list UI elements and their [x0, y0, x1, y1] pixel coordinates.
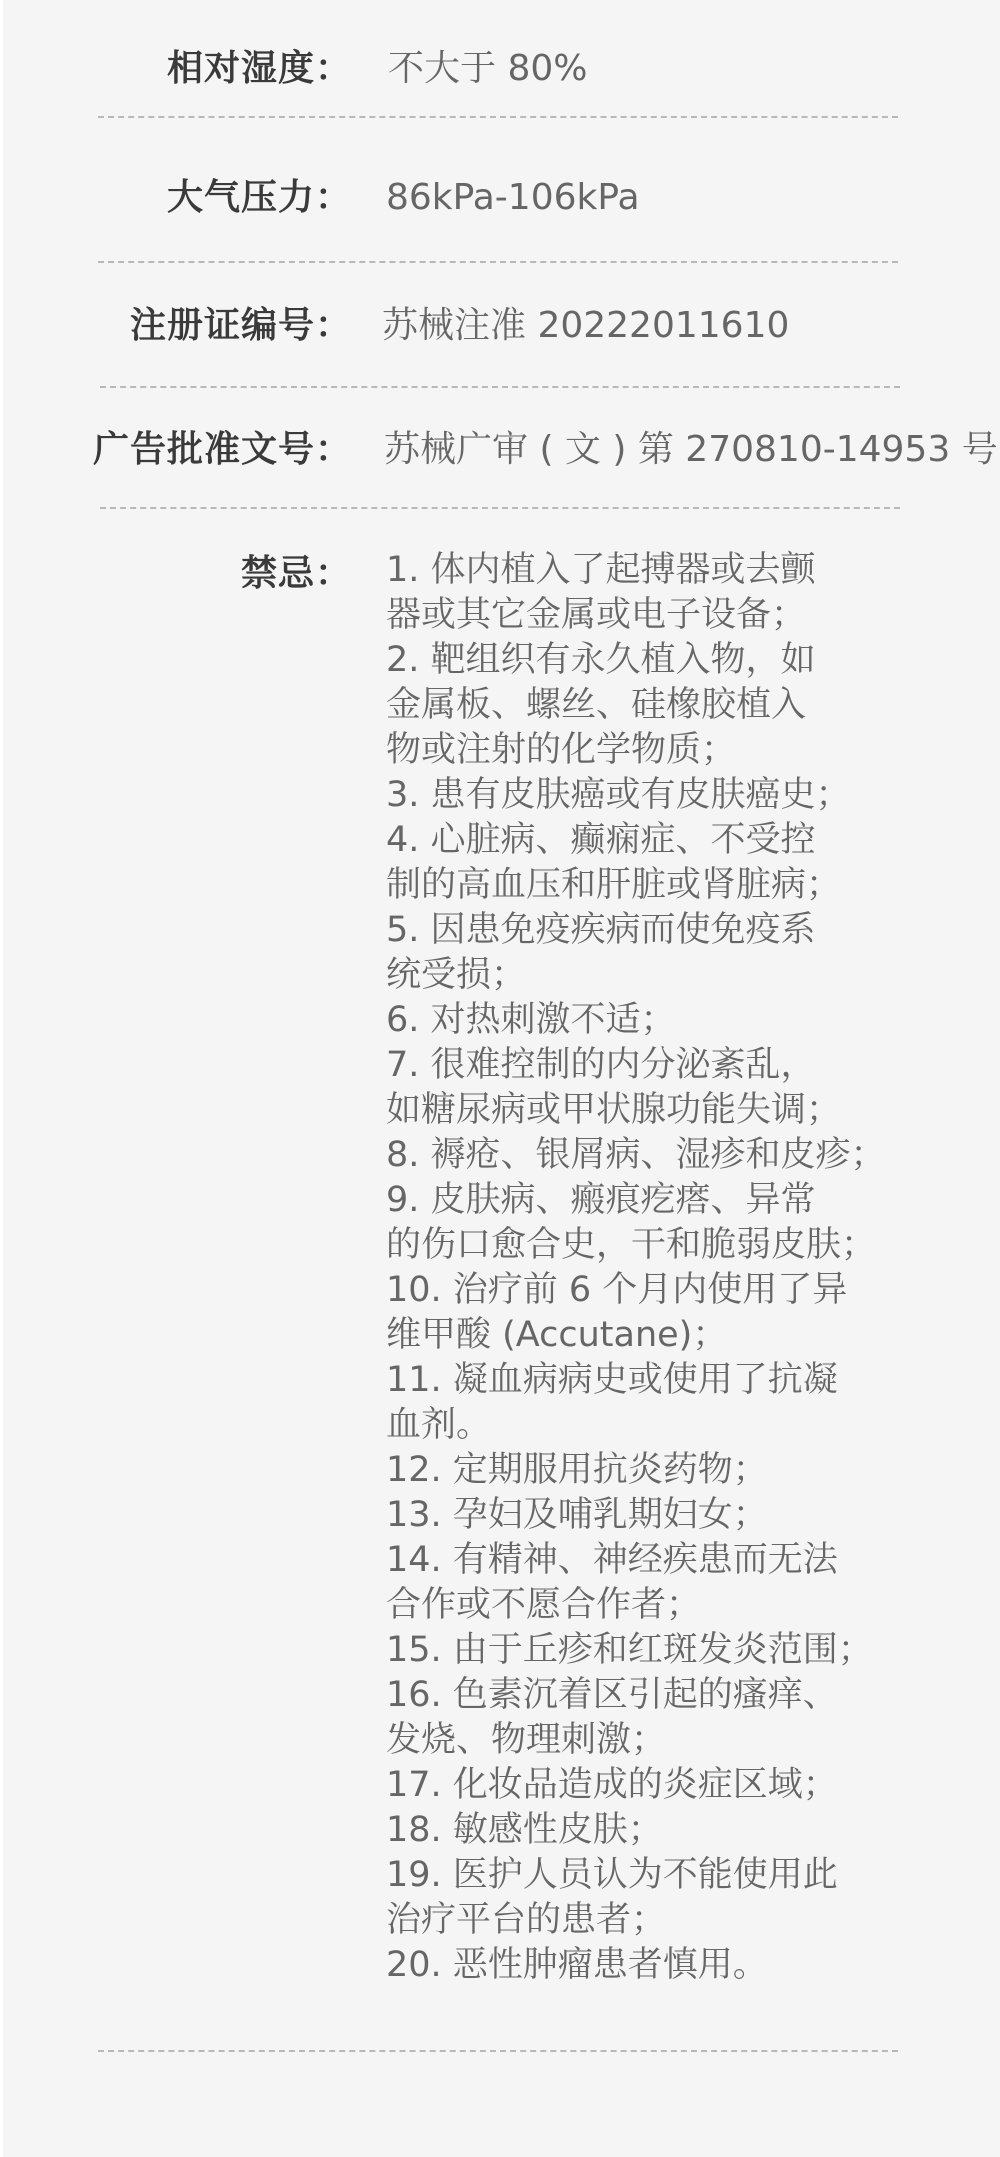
list-item: 14. 有精神、神经疾患而无法 合作或不愿合作者；	[386, 1538, 946, 1628]
list-item: 16. 色素沉着区引起的瘙痒、 发烧、物理刺激；	[386, 1673, 946, 1763]
list-item: 19. 医护人员认为不能使用此 治疗平台的患者；	[386, 1853, 946, 1943]
divider	[98, 2050, 898, 2052]
list-item: 13. 孕妇及哺乳期妇女；	[386, 1493, 946, 1538]
list-item: 6. 对热刺激不适；	[386, 998, 946, 1043]
list-item: 5. 因患免疫疾病而使免疫系 统受损；	[386, 908, 946, 998]
spec-value-humidity: 不大于 80%	[388, 47, 587, 91]
spec-label-contraindications: 禁忌：	[241, 552, 352, 596]
spec-value-ad-approval: 苏械广审 ( 文 ) 第 270810-14953 号	[384, 428, 998, 472]
list-item: 2. 靶组织有永久植入物，如 金属板、螺丝、硅橡胶植入 物或注射的化学物质；	[386, 638, 946, 773]
list-item: 11. 凝血病病史或使用了抗凝 血剂。	[386, 1358, 946, 1448]
spec-label-ad-approval: 广告批准文号：	[93, 428, 352, 472]
list-item: 17. 化妆品造成的炎症区域；	[386, 1763, 946, 1808]
list-item: 7. 很难控制的内分泌紊乱， 如糖尿病或甲状腺功能失调；	[386, 1043, 946, 1133]
list-item: 1. 体内植入了起搏器或去颤 器或其它金属或电子设备；	[386, 548, 946, 638]
list-item: 10. 治疗前 6 个月内使用了异 维甲酸 (Accutane)；	[386, 1268, 946, 1358]
divider	[98, 116, 898, 118]
divider	[98, 261, 898, 263]
divider	[100, 386, 900, 388]
list-item: 18. 敏感性皮肤；	[386, 1808, 946, 1853]
list-item: 3. 患有皮肤癌或有皮肤癌史；	[386, 773, 946, 818]
list-item: 4. 心脏病、癫痫症、不受控 制的高血压和肝脏或肾脏病；	[386, 818, 946, 908]
spec-value-registration: 苏械注准 20222011610	[382, 304, 789, 348]
list-item: 9. 皮肤病、瘢痕疙瘩、异常 的伤口愈合史，干和脆弱皮肤；	[386, 1178, 946, 1268]
spec-label-humidity: 相对湿度：	[167, 47, 352, 91]
spec-label-pressure: 大气压力：	[167, 176, 352, 220]
list-item: 20. 恶性肿瘤患者慎用。	[386, 1943, 946, 1988]
list-item: 8. 褥疮、银屑病、湿疹和皮疹；	[386, 1133, 946, 1178]
spec-label-registration: 注册证编号：	[130, 304, 352, 348]
list-item: 12. 定期服用抗炎药物；	[386, 1448, 946, 1493]
divider	[100, 507, 900, 509]
page-edge	[0, 0, 3, 2157]
contraindications-list: 1. 体内植入了起搏器或去颤 器或其它金属或电子设备； 2. 靶组织有永久植入物…	[386, 548, 946, 1988]
list-item: 15. 由于丘疹和红斑发炎范围；	[386, 1628, 946, 1673]
spec-value-pressure: 86kPa-106kPa	[386, 176, 640, 220]
